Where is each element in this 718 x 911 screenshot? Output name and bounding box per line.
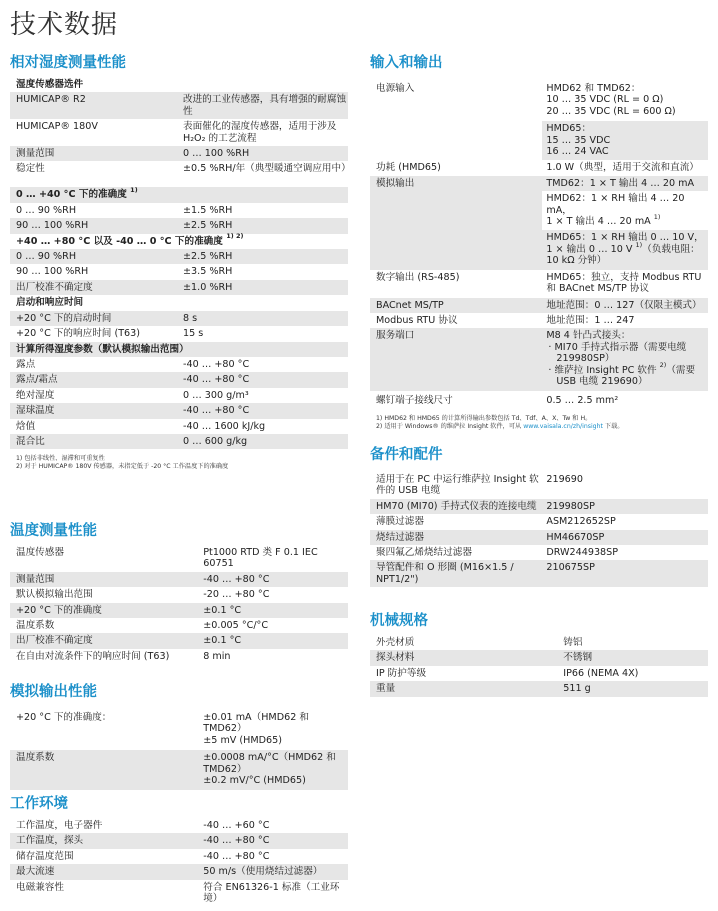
table-row: 聚四氟乙烯烧结过滤器DRW244938SP [370,545,708,560]
table-subheader: 湿度传感器选件 [10,77,348,92]
table-row: IP 防护等级IP66 (NEMA 4X) [370,666,708,681]
table-row: 90 … 100 %RH±3.5 %RH [10,264,348,279]
io-footnotes: 1) HMD62 和 HMD65 的计算所得输出参数包括 Td、Tdf、A、X、… [370,415,708,431]
table-row-analog-output: 模拟输出 TMD62：1 × T 输出 4 … 20 mA [370,176,708,191]
table-row: 默认模拟输出范围-20 … +80 °C [10,587,348,602]
footnote: 2) 适用于 Windows® 的维萨拉 Insight 软件，可从 www.v… [376,423,708,431]
io-table: 电源输入 HMD62 和 TMD62： 10 … 35 VDC (RL = 0 … [370,77,708,409]
table-row: 混合比0 … 600 g/kg [10,434,348,449]
table-row-power: 电源输入 HMD62 和 TMD62： 10 … 35 VDC (RL = 0 … [370,77,708,121]
bullet-item: · MI70 手持式指示器（需要电缆 219980SP） [546,342,708,365]
table-row: 露点/霜点-40 … +80 °C [10,372,348,387]
rh-section: 相对湿度测量性能 湿度传感器选件 HUMICAP® R2改进的工业传感器，具有增… [10,52,348,471]
table-row: 温度传感器Pt1000 RTD 类 F 0.1 IEC 60751 [10,545,348,572]
table-row: 重量511 g [370,681,708,696]
rh-footnotes: 1) 包括非线性、湿滞和可重复性 2) 对于 HUMICAP® 180V 传感器… [10,455,348,471]
table-row: HUMICAP® R2改进的工业传感器，具有增强的耐腐蚀性 [10,92,348,119]
env-table: 工作温度，电子器件-40 … +60 °C 工作温度，探头-40 … +80 °… [10,818,348,906]
insight-download-link[interactable]: www.vaisala.cn/zh/insight [523,423,603,430]
section-title-analog: 模拟输出性能 [10,681,348,703]
table-row: 螺钉端子接线尺寸0.5 … 2.5 mm² [370,391,708,408]
table-subheader: 0 … +40 °C 下的准确度 1) [10,187,348,202]
table-row: 绝对湿度0 … 300 g/m³ [10,388,348,403]
table-row: 测量范围0 … 100 %RH [10,146,348,161]
table-row: 0 … 90 %RH±2.5 %RH [10,249,348,264]
table-row: HUMICAP® 180V表面催化的湿度传感器，适用于涉及 H₂O₂ 的工艺流程 [10,119,348,146]
io-section: 输入和输出 电源输入 HMD62 和 TMD62： 10 … 35 VDC (R… [370,52,708,431]
section-title-mechanical: 机械规格 [370,610,708,632]
table-row: 适用于在 PC 中运行维萨拉 Insight 软件的 USB 电缆219690 [370,469,708,499]
section-title-io: 输入和输出 [370,52,708,74]
table-row: +20 °C 下的响应时间 (T63)15 s [10,326,348,341]
table-row-service-port: 服务端口 M8 4 针凸式接头： · MI70 手持式指示器（需要电缆 2199… [370,328,708,391]
env-section: 工作环境 工作温度，电子器件-40 … +60 °C 工作温度，探头-40 … … [10,793,348,906]
bullet-item: · 维萨拉 Insight PC 软件 2)（需要 USB 电缆 219690） [546,365,708,388]
accessories-section: 备件和配件 适用于在 PC 中运行维萨拉 Insight 软件的 USB 电缆2… [370,444,708,587]
table-row: 最大流速50 m/s（使用烧结过滤器） [10,864,348,879]
table-row: 温度系数±0.0008 mA/°C（HMD62 和 TMD62） ±0.2 mV… [10,750,348,790]
accessories-table: 适用于在 PC 中运行维萨拉 Insight 软件的 USB 电缆219690 … [370,469,708,587]
table-row: 稳定性±0.5 %RH/年（典型暖通空调应用中） [10,161,348,187]
table-row: 0 … 90 %RH±1.5 %RH [10,203,348,218]
table-row: HM70 (MI70) 手持式仪表的连接电缆219980SP [370,499,708,514]
mechanical-table: 外壳材质铸铝 探头材料不锈钢 IP 防护等级IP66 (NEMA 4X) 重量5… [370,635,708,697]
table-row: 温度系数±0.005 °C/°C [10,618,348,633]
temp-section: 温度测量性能 温度传感器Pt1000 RTD 类 F 0.1 IEC 60751… [10,520,348,664]
table-row: 数字输出 (RS-485)HMD65：独立，支持 Modbus RTU 和 BA… [370,270,708,298]
table-row: 出厂校准不确定度±0.1 °C [10,633,348,648]
analog-table: +20 °C 下的准确度：±0.01 mA（HMD62 和 TMD62） ±5 … [10,706,348,790]
table-row: 测量范围-40 … +80 °C [10,572,348,587]
section-title-accessories: 备件和配件 [370,444,708,466]
section-title-env: 工作环境 [10,793,348,815]
page-title: 技术数据 [10,4,118,41]
table-row: +20 °C 下的准确度：±0.01 mA（HMD62 和 TMD62） ±5 … [10,706,348,750]
table-row: BACnet MS/TP地址范围：0 … 127（仅限主模式） [370,298,708,313]
table-subheader: 计算所得湿度参数（默认模拟输出范围） [10,342,348,357]
section-title-rh: 相对湿度测量性能 [10,52,348,74]
table-row: +20 °C 下的准确度±0.1 °C [10,603,348,618]
rh-table: 湿度传感器选件 HUMICAP® R2改进的工业传感器，具有增强的耐腐蚀性 HU… [10,77,348,449]
table-row: 工作温度，探头-40 … +80 °C [10,833,348,848]
table-row: 电磁兼容性符合 EN61326-1 标准（工业环境） [10,880,348,907]
table-row: 探头材料不锈钢 [370,650,708,665]
table-row: +20 °C 下的启动时间8 s [10,311,348,326]
table-subheader: 启动和响应时间 [10,295,348,310]
table-row: 90 … 100 %RH±2.5 %RH [10,218,348,233]
temp-table: 温度传感器Pt1000 RTD 类 F 0.1 IEC 60751 测量范围-4… [10,545,348,664]
table-row: 在自由对流条件下的响应时间 (T63)8 min [10,649,348,664]
table-row: 烧结过滤器HM46670SP [370,530,708,545]
table-row: 储存温度范围-40 … +80 °C [10,849,348,864]
table-row: Modbus RTU 协议地址范围：1 … 247 [370,313,708,328]
table-subheader: +40 … +80 °C 以及 -40 … 0 °C 下的准确度 1) 2) [10,234,348,249]
table-row: 外壳材质铸铝 [370,635,708,650]
table-row: 露点-40 … +80 °C [10,357,348,372]
analog-section: 模拟输出性能 +20 °C 下的准确度：±0.01 mA（HMD62 和 TMD… [10,681,348,790]
table-row: 出厂校准不确定度±1.0 %RH [10,280,348,295]
table-row: 工作温度，电子器件-40 … +60 °C [10,818,348,833]
table-row: 功耗 (HMD65)1.0 W（典型，适用于交流和直流） [370,160,708,175]
table-row: 导管配件和 O 形圈 (M16×1.5 / NPT1/2")210675SP [370,560,708,587]
footnote: 1) HMD62 和 HMD65 的计算所得输出参数包括 Td、Tdf、A、X、… [376,415,708,423]
mechanical-section: 机械规格 外壳材质铸铝 探头材料不锈钢 IP 防护等级IP66 (NEMA 4X… [370,610,708,697]
section-title-temp: 温度测量性能 [10,520,348,542]
footnote: 2) 对于 HUMICAP® 180V 传感器，未指定低于 -20 °C 工作温… [16,463,348,471]
table-row: 焓值-40 … 1600 kJ/kg [10,419,348,434]
table-row: 薄膜过滤器ASM212652SP [370,514,708,529]
table-row: 湿球温度-40 … +80 °C [10,403,348,418]
